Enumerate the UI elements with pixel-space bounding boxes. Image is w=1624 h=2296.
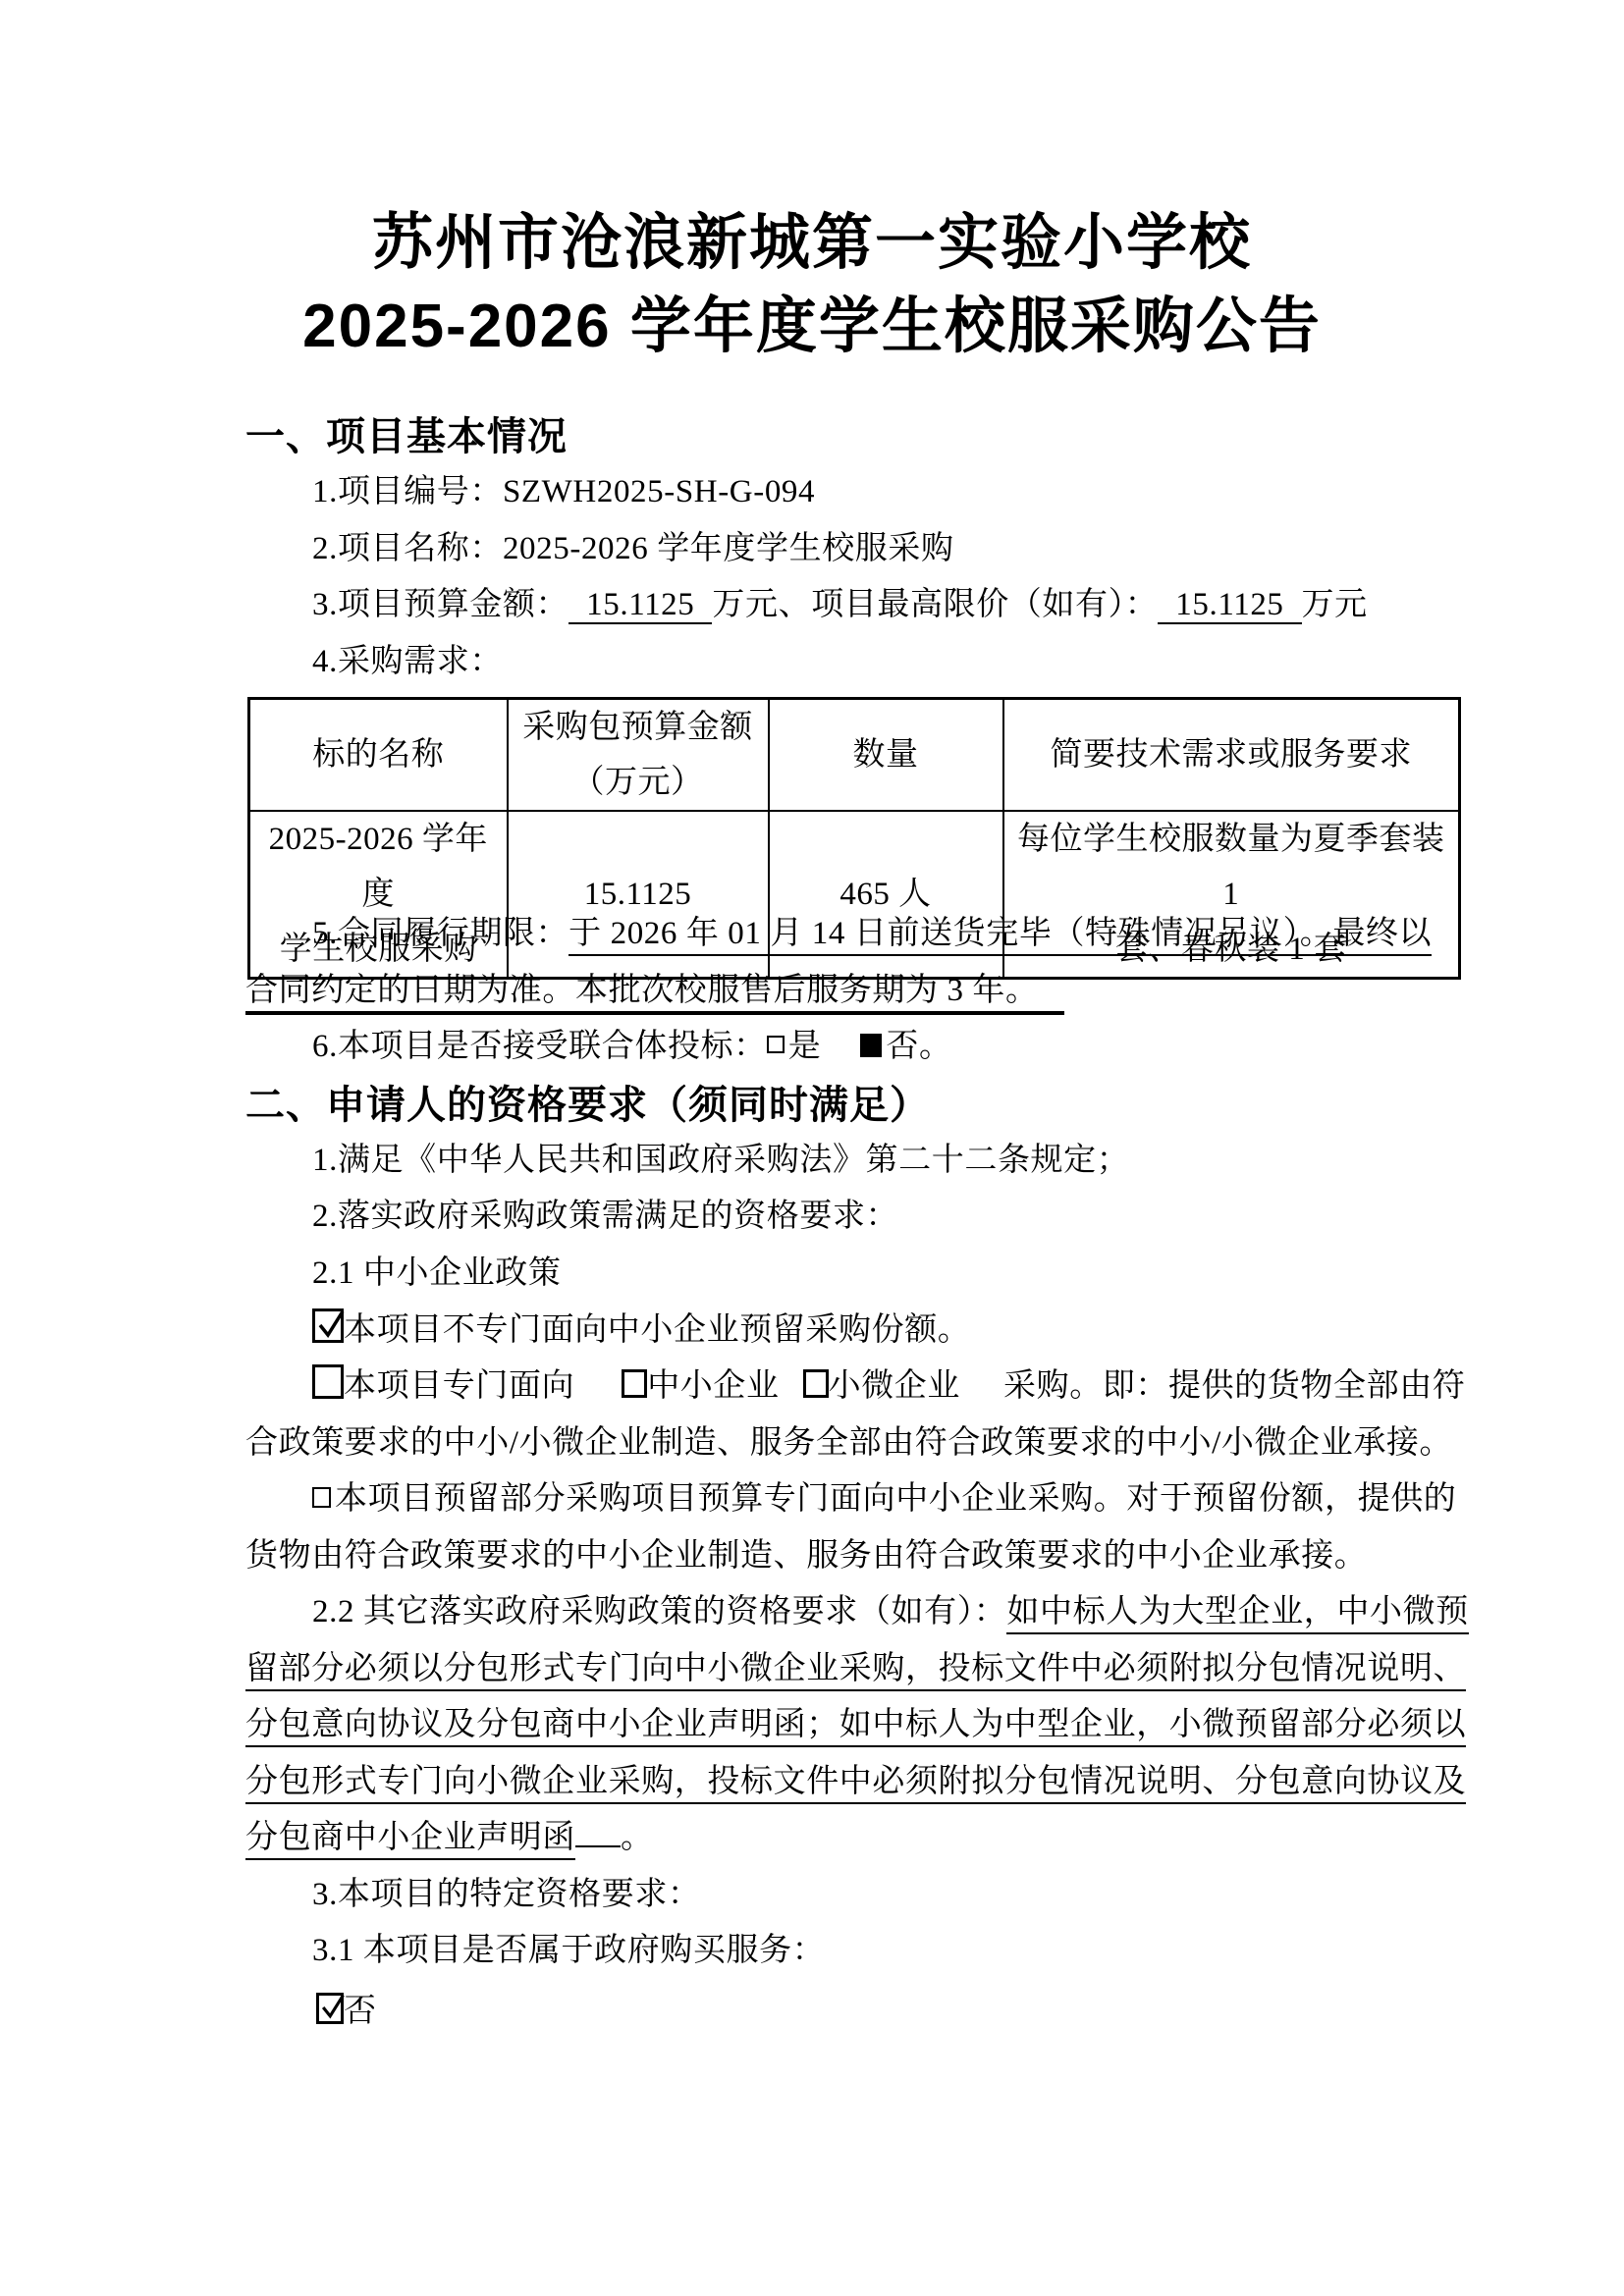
- other-policy-item-line3: 分包意向协议及分包商中小企业声明函；如中标人为中型企业，小微预留部分必须以: [245, 1702, 1466, 1747]
- budget-amount: 15.1125: [568, 587, 712, 624]
- budget-mid-label: 万元、项目最高限价（如有）：: [712, 587, 1158, 622]
- other-policy-item-line2: 留部分必须以分包形式专门向中小微企业采购，投标文件中必须附拟分包情况说明、: [245, 1646, 1466, 1691]
- sme-option-not-reserved-label: 本项目不专门面向中小企业预留采购份额。: [344, 1312, 970, 1348]
- contract-period-item-line2: 合同约定的日期为准。本批次校服售后服务期为 3 年。: [245, 968, 1064, 1013]
- section1-heading: 一、项目基本情况: [245, 412, 568, 461]
- sme-option-dedicated-line1: 本项目专门面向中小企业小微企业采购。即：提供的货物全部由符: [312, 1363, 1465, 1409]
- table-header-budget-line2: （万元）: [514, 755, 762, 810]
- other-policy-value-part4: 分包形式专门向小微企业采购，投标文件中必须附拟分包情况说明、分包意向协议及: [245, 1764, 1466, 1804]
- sme-option-not-reserved: 本项目不专门面向中小企业预留采购份额。: [312, 1308, 970, 1353]
- table-header-requirements: 简要技术需求或服务要求: [1003, 699, 1460, 812]
- contract-period-value-part1: 于 2026 年 01 月 14 日前送货完毕（特殊情况另议）。最终以: [568, 916, 1432, 956]
- table-header-subject: 标的名称: [249, 699, 508, 812]
- other-policy-value-part1: 如中标人为大型企业，中小微预: [1006, 1594, 1468, 1634]
- other-policy-value-part3: 分包意向协议及分包商中小企业声明函；如中标人为中型企业，小微预留部分必须以: [245, 1707, 1466, 1747]
- qualification-item2: 2.落实政府采购政策需满足的资格要求：: [312, 1194, 898, 1239]
- other-policy-period: 。: [621, 1820, 654, 1855]
- sme-option-dedicated-label: 本项目专门面向: [344, 1368, 574, 1404]
- budget-label: 3.项目预算金额：: [312, 587, 568, 622]
- consortium-yes-label: 是: [788, 1029, 822, 1064]
- section2-heading: 二、申请人的资格要求（须同时满足）: [245, 1081, 930, 1130]
- consortium-bid-label: 6.本项目是否接受联合体投标：: [312, 1029, 767, 1064]
- consortium-no-label: 否。: [886, 1029, 951, 1064]
- consortium-bid-item: 6.本项目是否接受联合体投标：是否。: [312, 1024, 952, 1069]
- contract-period-label: 5.合同履行期限：: [312, 916, 568, 951]
- subject-line1: 2025-2026 学年度: [256, 812, 501, 922]
- sme-option-partial-line2: 货物由符合政策要求的中小企业制造、服务由符合政策要求的中小企业承接。: [245, 1533, 1367, 1578]
- contract-period-item-line1: 5.合同履行期限：于 2026 年 01 月 14 日前送货完毕（特殊情况另议）…: [312, 911, 1432, 956]
- document-title-line2: 2025-2026 学年度学生校服采购公告: [0, 290, 1624, 364]
- other-policy-item-line4: 分包形式专门向小微企业采购，投标文件中必须附拟分包情况说明、分包意向协议及: [245, 1759, 1466, 1804]
- other-policy-value-part5: 分包商中小企业声明函: [245, 1820, 575, 1860]
- underline-blank: [575, 1816, 621, 1847]
- specific-qualification-item: 3.本项目的特定资格要求：: [312, 1872, 701, 1917]
- max-price-amount: 15.1125: [1158, 587, 1301, 624]
- table-header-budget: 采购包预算金额 （万元）: [508, 699, 769, 812]
- project-number-item: 1.项目编号：SZWH2025-SH-G-094: [312, 469, 815, 514]
- sme-option-partial-label: 本项目预留部分采购项目预算专门面向中小企业采购。对于预留份额，提供的: [335, 1481, 1456, 1517]
- sme-option-dedicated-line2: 合政策要求的中小/小微企业制造、服务全部由符合政策要求的中小/小微企业承接。: [245, 1420, 1452, 1466]
- sme-small-micro-label: 小微企业: [829, 1368, 960, 1404]
- table-header-quantity: 数量: [769, 699, 1003, 812]
- answer-no-label: 否: [344, 1994, 377, 2029]
- gov-purchase-service-answer: 否: [316, 1989, 377, 2034]
- document-title-line1: 苏州市沧浪新城第一实验小学校: [0, 206, 1624, 281]
- table-header-budget-line1: 采购包预算金额: [514, 700, 762, 755]
- sme-msme-label: 中小企业: [647, 1368, 779, 1404]
- checkbox-empty-icon: [803, 1369, 829, 1398]
- sme-option-dedicated-rest: 采购。即：提供的货物全部由符: [1003, 1368, 1465, 1404]
- checkbox-empty-icon: [312, 1364, 344, 1399]
- checkbox-checked-icon: [316, 1993, 344, 2024]
- project-budget-item: 3.项目预算金额：15.1125万元、项目最高限价（如有）：15.1125万元: [312, 582, 1368, 627]
- sme-policy-heading: 2.1 中小企业政策: [312, 1251, 562, 1296]
- other-policy-label: 2.2 其它落实政府采购政策的资格要求（如有）：: [312, 1594, 1006, 1629]
- checkbox-empty-icon: [622, 1369, 647, 1398]
- procurement-announcement-page: 苏州市沧浪新城第一实验小学校 2025-2026 学年度学生校服采购公告 一、项…: [0, 0, 1624, 2296]
- other-policy-value-part2: 留部分必须以分包形式专门向中小微企业采购，投标文件中必须附拟分包情况说明、: [245, 1651, 1466, 1691]
- other-policy-item-line1: 2.2 其它落实政府采购政策的资格要求（如有）：如中标人为大型企业，中小微预: [312, 1589, 1469, 1634]
- budget-unit-label: 万元: [1302, 587, 1368, 622]
- checkbox-empty-icon: [312, 1487, 331, 1508]
- requirements-line1: 每位学生校服数量为夏季套装 1: [1010, 812, 1453, 922]
- checkbox-filled-icon: [860, 1034, 882, 1057]
- checkbox-empty-icon: [767, 1036, 785, 1053]
- other-policy-item-line5: 分包商中小企业声明函。: [245, 1815, 654, 1860]
- qualification-item1: 1.满足《中华人民共和国政府采购法》第二十二条规定；: [312, 1138, 1129, 1183]
- procurement-demand-item: 4.采购需求：: [312, 639, 503, 684]
- contract-period-value-part2: 合同约定的日期为准。本批次校服售后服务期为 3 年。: [245, 973, 1064, 1015]
- checkbox-checked-icon: [312, 1308, 344, 1343]
- project-name-item: 2.项目名称：2025-2026 学年度学生校服采购: [312, 526, 954, 571]
- gov-purchase-service-item: 3.1 本项目是否属于政府购买服务：: [312, 1928, 825, 1973]
- sme-option-partial-line1: 本项目预留部分采购项目预算专门面向中小企业采购。对于预留份额，提供的: [312, 1476, 1456, 1522]
- table-header-row: 标的名称 采购包预算金额 （万元） 数量 简要技术需求或服务要求: [249, 699, 1460, 812]
